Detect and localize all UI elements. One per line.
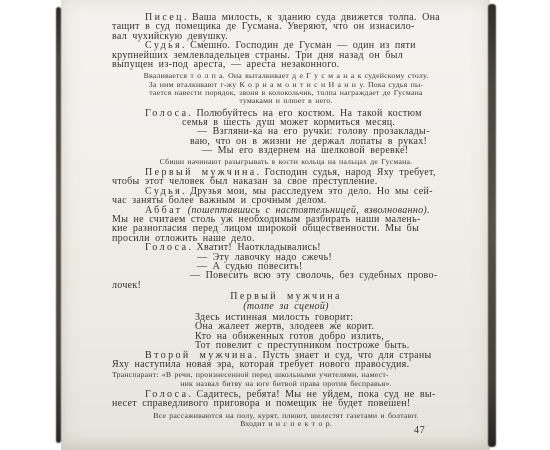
verse-block: Здесь истинная милость говорит: Она жале… xyxy=(112,313,460,351)
stage-direction-block: Сбиши начинают разыгрывать в кости кольц… xyxy=(112,158,460,166)
banner-note-block: Транспарант: «В речи, произнесенной пере… xyxy=(112,371,460,388)
page-edge-shadow-left xyxy=(56,7,61,443)
dialogue-line: Яху наступила новая эра, которая требует… xyxy=(112,360,460,369)
banner-note-line: ник назвал битву на юге битвой права про… xyxy=(112,380,460,388)
speech-block-voices: Голоса. Полюбуйтесь на его костюм. На та… xyxy=(112,109,460,156)
verse-heading-note: (толпе за сценой) xyxy=(112,302,460,311)
book-page-photo: Писец. Ваша милость, к зданию суда движе… xyxy=(0,0,550,450)
stage-direction-line: Сбиши начинают разыгрывать в кости кольц… xyxy=(112,158,460,166)
speech-block-judge: Судья. Друзья мои, мы расследуем это дел… xyxy=(112,187,460,206)
speech-block-first-man: Первый мужчина. Господин судья, народ Ях… xyxy=(112,168,460,187)
speech-block-voices: Голоса. Хватит! Наоткладывались! — Эту л… xyxy=(112,243,460,290)
speech-block-voices: Голоса. Садитесь, ребята! Мы не уйдем, п… xyxy=(112,390,460,409)
dialogue-line: — Мы его вздернем на шелковой веревке! xyxy=(112,146,460,155)
dialogue-line: лочек! xyxy=(112,281,460,290)
dialogue-line: несет справедливого приговора и помещик … xyxy=(112,399,460,408)
dialogue-line: выпущен из-под ареста, — ареста незаконн… xyxy=(112,60,460,69)
speech-block-judge: Судья. Смешно. Господин де Гусман — один… xyxy=(112,41,460,69)
speech-block-abbot: Аббат (пошептавшись с настоятельницей, в… xyxy=(112,206,460,244)
stage-direction-block: Все рассаживаются на полу, курят, плюют,… xyxy=(112,412,460,429)
stage-direction-line: тумаками и плюет в него. xyxy=(112,97,460,105)
text-block: Писец. Ваша милость, к зданию суда движе… xyxy=(112,13,460,428)
speech-block-second-man: Второй мужчина. Пусть знает и суд, что д… xyxy=(112,351,460,370)
verse-heading-block: Первый мужчина (толпе за сценой) xyxy=(112,292,460,311)
speaker-name: Голоса xyxy=(145,242,188,253)
page-number: 47 xyxy=(414,425,426,436)
speech-block-pisec: Писец. Ваша милость, к зданию суда движе… xyxy=(112,13,460,41)
dialogue-line: — Повесить всю эту сволочь, без судебных… xyxy=(112,271,460,280)
stage-direction-line: Входит и н с п е к т о р. xyxy=(112,420,460,428)
stage-direction-block: Вваливается т о л п а. Она выталкивает д… xyxy=(112,72,460,105)
page-edge-shadow-right xyxy=(488,4,496,447)
